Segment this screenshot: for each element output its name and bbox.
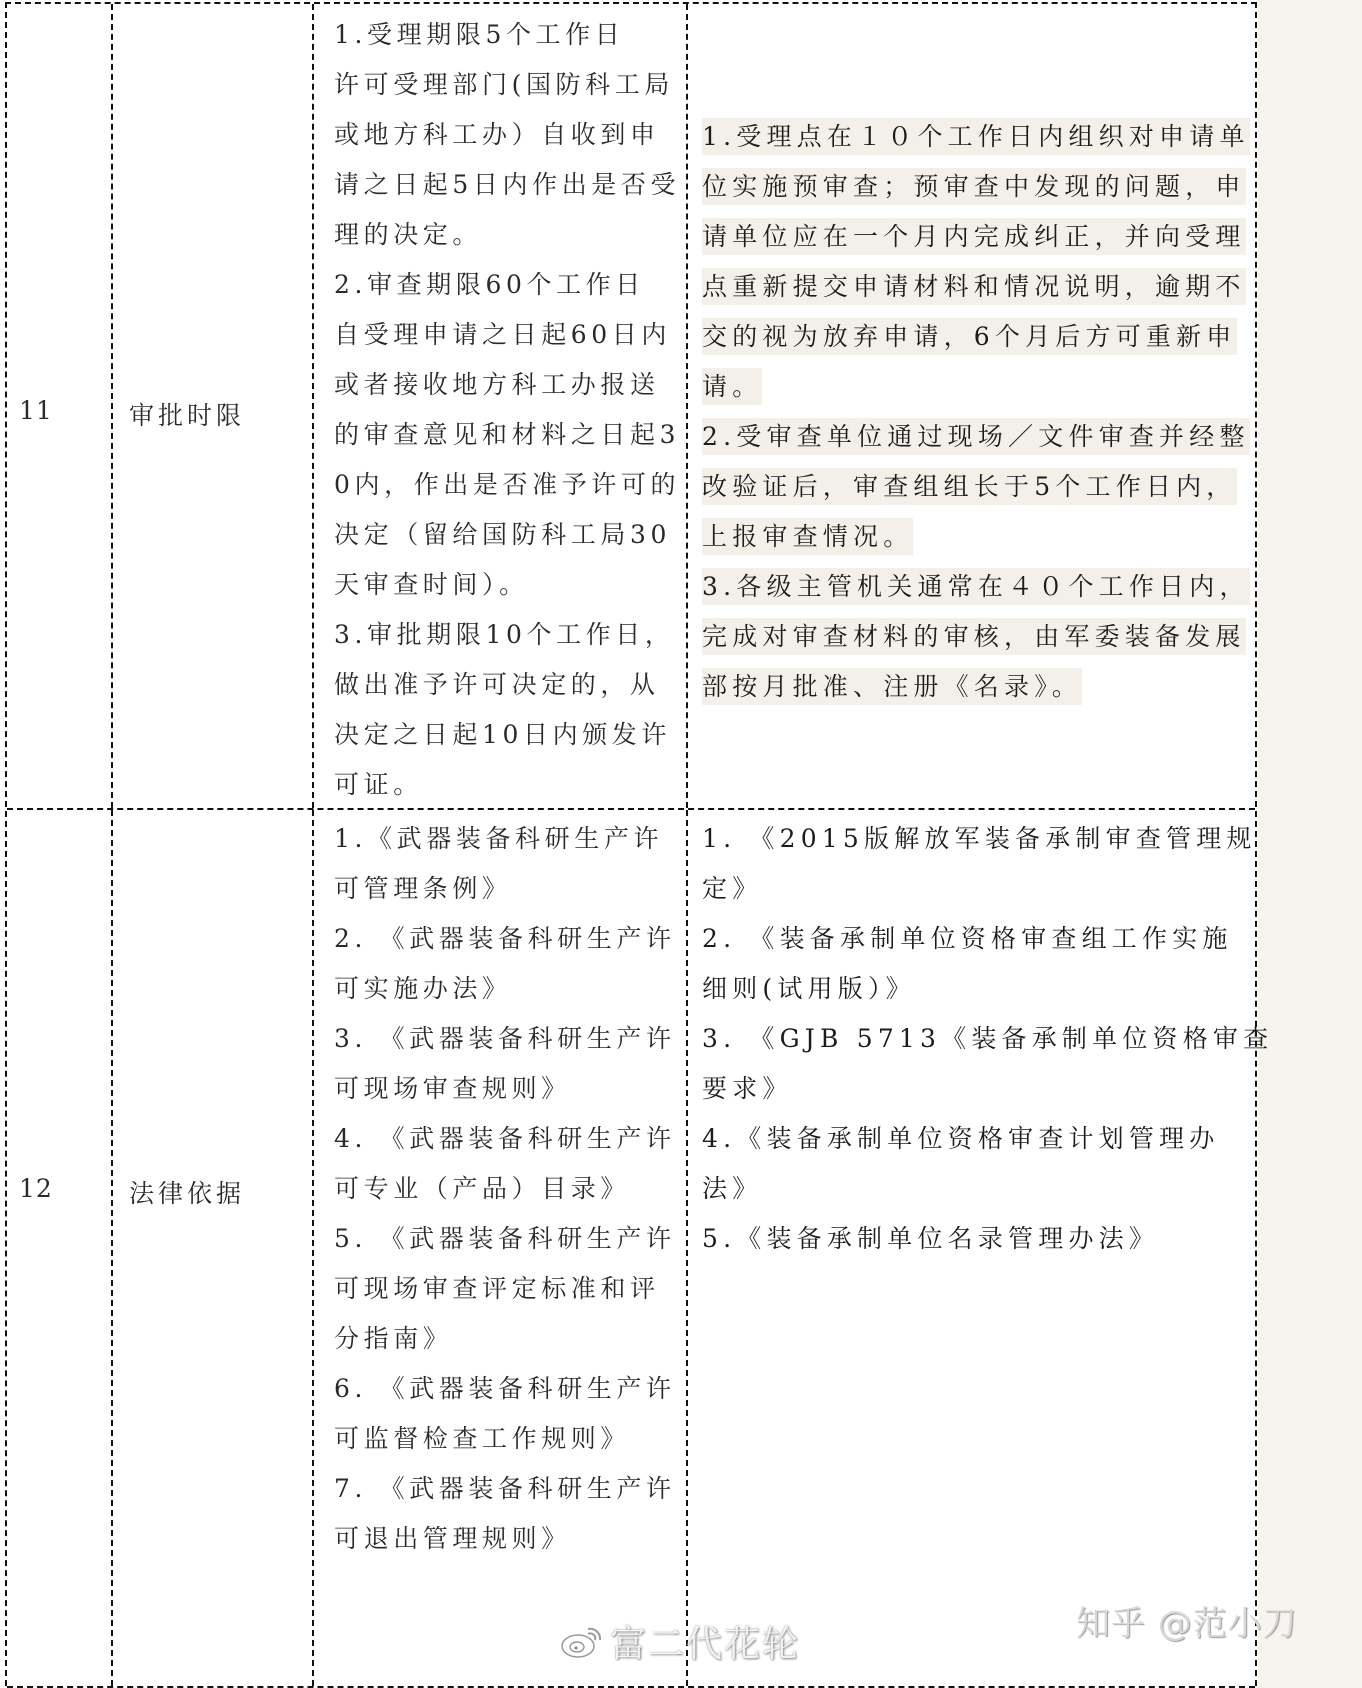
table-row-12: 12 法律依据 1.《武器装备科研生产许 可管理条例》 2. 《武器装备科研生产… (7, 810, 1255, 1688)
text-line: 0内，作出是否准予许可的 (334, 460, 674, 510)
text-line: 的审查意见和材料之日起3 (334, 410, 674, 460)
qualification-legal-basis-cell: 1. 《2015版解放军装备承制审查管理规 定》 2. 《装备承制单位资格审查组… (688, 810, 1255, 1686)
weibo-watermark: 富二代花轮 (560, 1616, 800, 1667)
text-line: 5. 《武器装备科研生产许 (334, 1214, 674, 1264)
highlighted-text: 1.受理点在１０个工作日内组织对申请单 (702, 118, 1250, 155)
text-line: 做出准予许可决定的，从 (334, 660, 674, 710)
text-line-wrap: 请单位应在一个月内完成纠正，并向受理 (702, 212, 1241, 262)
text-block: 1.受理点在１０个工作日内组织对申请单 位实施预审查；预审查中发现的问题，申 请… (702, 112, 1241, 712)
text-line: 决定之日起10日内颁发许 (334, 710, 674, 760)
text-line: 可现场审查规则》 (334, 1064, 674, 1114)
text-block: 1. 《2015版解放军装备承制审查管理规 定》 2. 《装备承制单位资格审查组… (702, 814, 1241, 1264)
item-name: 法律依据 (113, 1174, 312, 1210)
text-line-wrap: 交的视为放弃申请，6个月后方可重新申 (702, 312, 1241, 362)
row-number: 12 (7, 1174, 111, 1203)
text-line: 1. 《2015版解放军装备承制审查管理规 (702, 814, 1241, 864)
text-line-wrap: 3.各级主管机关通常在４０个工作日内， (702, 562, 1241, 612)
table-row-11: 11 审批时限 1.受理期限5个工作日 许可受理部门(国防科工局 或地方科工办）… (7, 4, 1255, 810)
row-number-cell: 12 (7, 810, 113, 1686)
text-line: 天审查时间）。 (334, 560, 674, 610)
text-line: 可监督检查工作规则》 (334, 1414, 674, 1464)
zhihu-watermark: 知乎 @范小刀 (1076, 1596, 1298, 1645)
text-line-wrap: 上报审查情况。 (702, 512, 1241, 562)
requirements-table: 11 审批时限 1.受理期限5个工作日 许可受理部门(国防科工局 或地方科工办）… (5, 2, 1257, 1686)
weibo-logo-icon (560, 1625, 604, 1659)
text-line: 3. 《GJB 5713《装备承制单位资格审查 (702, 1014, 1241, 1064)
row-number-cell: 11 (7, 4, 113, 808)
text-line-wrap: 部按月批准、注册《名录》。 (702, 662, 1241, 712)
highlighted-text: 3.各级主管机关通常在４０个工作日内， (702, 568, 1250, 605)
text-line: 6. 《武器装备科研生产许 (334, 1364, 674, 1414)
page-margin-strip (1258, 0, 1362, 1688)
text-line: 请之日起5日内作出是否受 (334, 160, 674, 210)
text-line: 理的决定。 (334, 210, 674, 260)
text-line-wrap: 2.受审查单位通过现场／文件审查并经整 (702, 412, 1241, 462)
text-line-wrap: 请。 (702, 362, 1241, 412)
permit-requirements-cell: 1.受理期限5个工作日 许可受理部门(国防科工局 或地方科工办）自收到申 请之日… (314, 4, 688, 808)
row-number: 11 (7, 396, 111, 425)
permit-legal-basis-cell: 1.《武器装备科研生产许 可管理条例》 2. 《武器装备科研生产许 可实施办法》… (314, 810, 688, 1686)
text-line: 2. 《武器装备科研生产许 (334, 914, 674, 964)
text-line: 可专业（产品）目录》 (334, 1164, 674, 1214)
text-line: 可证。 (334, 760, 674, 810)
text-line: 或地方科工办）自收到申 (334, 110, 674, 160)
text-line: 可现场审查评定标准和评 (334, 1264, 674, 1314)
text-line: 要求》 (702, 1064, 1241, 1114)
text-line: 可退出管理规则》 (334, 1514, 674, 1564)
text-block: 1.受理期限5个工作日 许可受理部门(国防科工局 或地方科工办）自收到申 请之日… (334, 10, 674, 810)
text-line: 3.审批期限10个工作日， (334, 610, 674, 660)
text-line: 2.审查期限60个工作日 (334, 260, 674, 310)
text-line: 定》 (702, 864, 1241, 914)
qualification-requirements-cell: 1.受理点在１０个工作日内组织对申请单 位实施预审查；预审查中发现的问题，申 请… (688, 4, 1255, 808)
text-line: 5.《装备承制单位名录管理办法》 (702, 1214, 1241, 1264)
text-line: 法》 (702, 1164, 1241, 1214)
text-line: 7. 《武器装备科研生产许 (334, 1464, 674, 1514)
text-line: 4. 《武器装备科研生产许 (334, 1114, 674, 1164)
text-block: 1.《武器装备科研生产许 可管理条例》 2. 《武器装备科研生产许 可实施办法》… (334, 814, 674, 1564)
text-line: 细则(试用版）》 (702, 964, 1241, 1014)
text-line: 可管理条例》 (334, 864, 674, 914)
text-line-wrap: 完成对审查材料的审核，由军委装备发展 (702, 612, 1241, 662)
item-name-cell: 法律依据 (113, 810, 314, 1686)
highlighted-text: 请单位应在一个月内完成纠正，并向受理 (702, 218, 1246, 255)
highlighted-text: 交的视为放弃申请，6个月后方可重新申 (702, 318, 1237, 355)
text-line: 或者接收地方科工办报送 (334, 360, 674, 410)
highlighted-text: 部按月批准、注册《名录》。 (702, 668, 1082, 705)
highlighted-text: 请。 (702, 368, 762, 405)
text-line-wrap: 改验证后，审查组组长于5个工作日内， (702, 462, 1241, 512)
text-line: 1.受理期限5个工作日 (334, 10, 674, 60)
text-line: 4.《装备承制单位资格审查计划管理办 (702, 1114, 1241, 1164)
highlighted-text: 完成对审查材料的审核，由军委装备发展 (702, 618, 1246, 655)
text-line: 1.《武器装备科研生产许 (334, 814, 674, 864)
text-line: 决定（留给国防科工局30 (334, 510, 674, 560)
text-line: 分指南》 (334, 1314, 674, 1364)
highlighted-text: 位实施预审查；预审查中发现的问题，申 (702, 168, 1246, 205)
highlighted-text: 2.受审查单位通过现场／文件审查并经整 (702, 418, 1250, 455)
text-line: 可实施办法》 (334, 964, 674, 1014)
text-line: 3. 《武器装备科研生产许 (334, 1014, 674, 1064)
highlighted-text: 改验证后，审查组组长于5个工作日内， (702, 468, 1237, 505)
text-line-wrap: 位实施预审查；预审查中发现的问题，申 (702, 162, 1241, 212)
text-line: 自受理申请之日起60日内 (334, 310, 674, 360)
text-line-wrap: 1.受理点在１０个工作日内组织对申请单 (702, 112, 1241, 162)
highlighted-text: 上报审查情况。 (702, 518, 913, 555)
weibo-watermark-text: 富二代花轮 (610, 1616, 800, 1667)
item-name-cell: 审批时限 (113, 4, 314, 808)
text-line: 2. 《装备承制单位资格审查组工作实施 (702, 914, 1241, 964)
item-name: 审批时限 (113, 396, 312, 432)
highlighted-text: 点重新提交申请材料和情况说明，逾期不 (702, 268, 1246, 305)
text-line-wrap: 点重新提交申请材料和情况说明，逾期不 (702, 262, 1241, 312)
text-line: 许可受理部门(国防科工局 (334, 60, 674, 110)
